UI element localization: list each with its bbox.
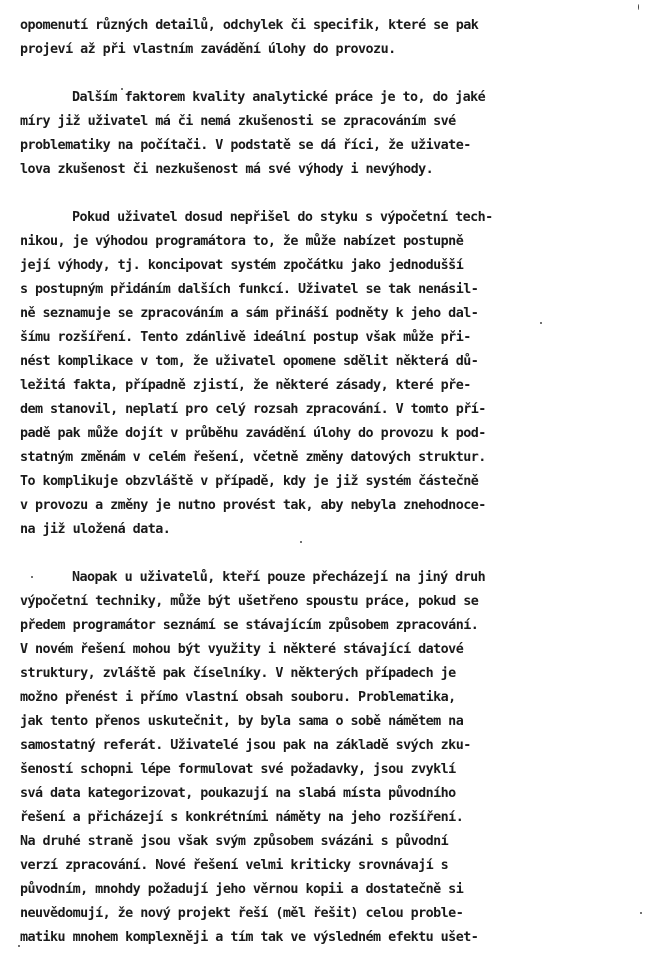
scan-speck	[540, 322, 542, 324]
text-line: předem programátor seznámí se stávajícím…	[20, 614, 478, 638]
text-line: nikou, je výhodou programátora to, že mů…	[20, 230, 463, 254]
text-line: projeví až při vlastním zavádění úlohy d…	[20, 38, 396, 62]
text-line: Dalším faktorem kvality analytické práce…	[72, 86, 485, 110]
text-line: dem stanovil, neplatí pro celý rozsah zp…	[20, 398, 486, 422]
text-line: statným změnám v celém řešení, včetně zm…	[20, 446, 486, 470]
text-line: opomenutí různých detailů, odchylek či s…	[20, 14, 478, 38]
text-line: Naopak u uživatelů, kteří pouze přecháze…	[72, 566, 485, 590]
text-line: padě pak může dojít v průběhu zavádění ú…	[20, 422, 486, 446]
text-line: původním, mnohdy požadují jeho věrnou ko…	[20, 878, 463, 902]
scan-speck	[300, 541, 302, 543]
text-line: míry již uživatel má či nemá zkušenosti …	[20, 110, 456, 134]
scan-speck	[18, 945, 20, 947]
text-line: šímu rozšíření. Tento zdánlivě ideální p…	[20, 326, 471, 350]
text-line: šeností schopni lépe formulovat své poža…	[20, 758, 456, 782]
text-line: verzí zpracování. Nové řešení velmi krit…	[20, 854, 448, 878]
text-line: To komplikuje obzvláště v případě, kdy j…	[20, 470, 478, 494]
text-line: ně seznamuje se zpracováním a sám přináš…	[20, 302, 478, 326]
text-line: jak tento přenos uskutečnit, by byla sam…	[20, 710, 463, 734]
text-line: svá data kategorizovat, poukazují na sla…	[20, 782, 456, 806]
text-line: na již uložená data.	[20, 518, 170, 542]
text-line: výpočetní techniky, může být ušetřeno sp…	[20, 590, 478, 614]
text-line: lova zkušenost či nezkušenost má své výh…	[20, 158, 433, 182]
text-line: Pokud uživatel dosud nepřišel do styku s…	[72, 206, 493, 230]
text-line: možno přenést i přímo vlastní obsah soub…	[20, 686, 456, 710]
text-line: neuvědomují, že nový projekt řeší (měl ř…	[20, 902, 463, 926]
text-line: V novém řešení mohou být využity i někte…	[20, 638, 463, 662]
text-line: Na druhé straně jsou však svým způsobem …	[20, 830, 448, 854]
scanned-typewritten-page: opomenutí různých detailů, odchylek či s…	[0, 0, 649, 962]
text-line: matiku mnohem komplexněji a tím tak ve v…	[20, 926, 478, 950]
scan-speck	[638, 4, 639, 10]
text-line: její výhody, tj. koncipovat systém zpočá…	[20, 254, 463, 278]
text-line: řešení a přicházejí s konkrétními náměty…	[20, 806, 463, 830]
scan-speck	[121, 88, 123, 90]
scan-speck	[31, 576, 33, 578]
scan-speck	[640, 912, 642, 914]
text-line: nést komplikace v tom, že uživatel opome…	[20, 350, 478, 374]
text-line: samostatný referát. Uživatelé jsou pak n…	[20, 734, 471, 758]
text-line: ležitá fakta, případně zjistí, že někter…	[20, 374, 471, 398]
text-line: v provozu a změny je nutno provést tak, …	[20, 494, 486, 518]
text-line: s postupným přidáním dalších funkcí. Uži…	[20, 278, 478, 302]
text-line: struktury, zvláště pak číselníky. V někt…	[20, 662, 456, 686]
text-line: problematiky na počítači. V podstatě se …	[20, 134, 471, 158]
